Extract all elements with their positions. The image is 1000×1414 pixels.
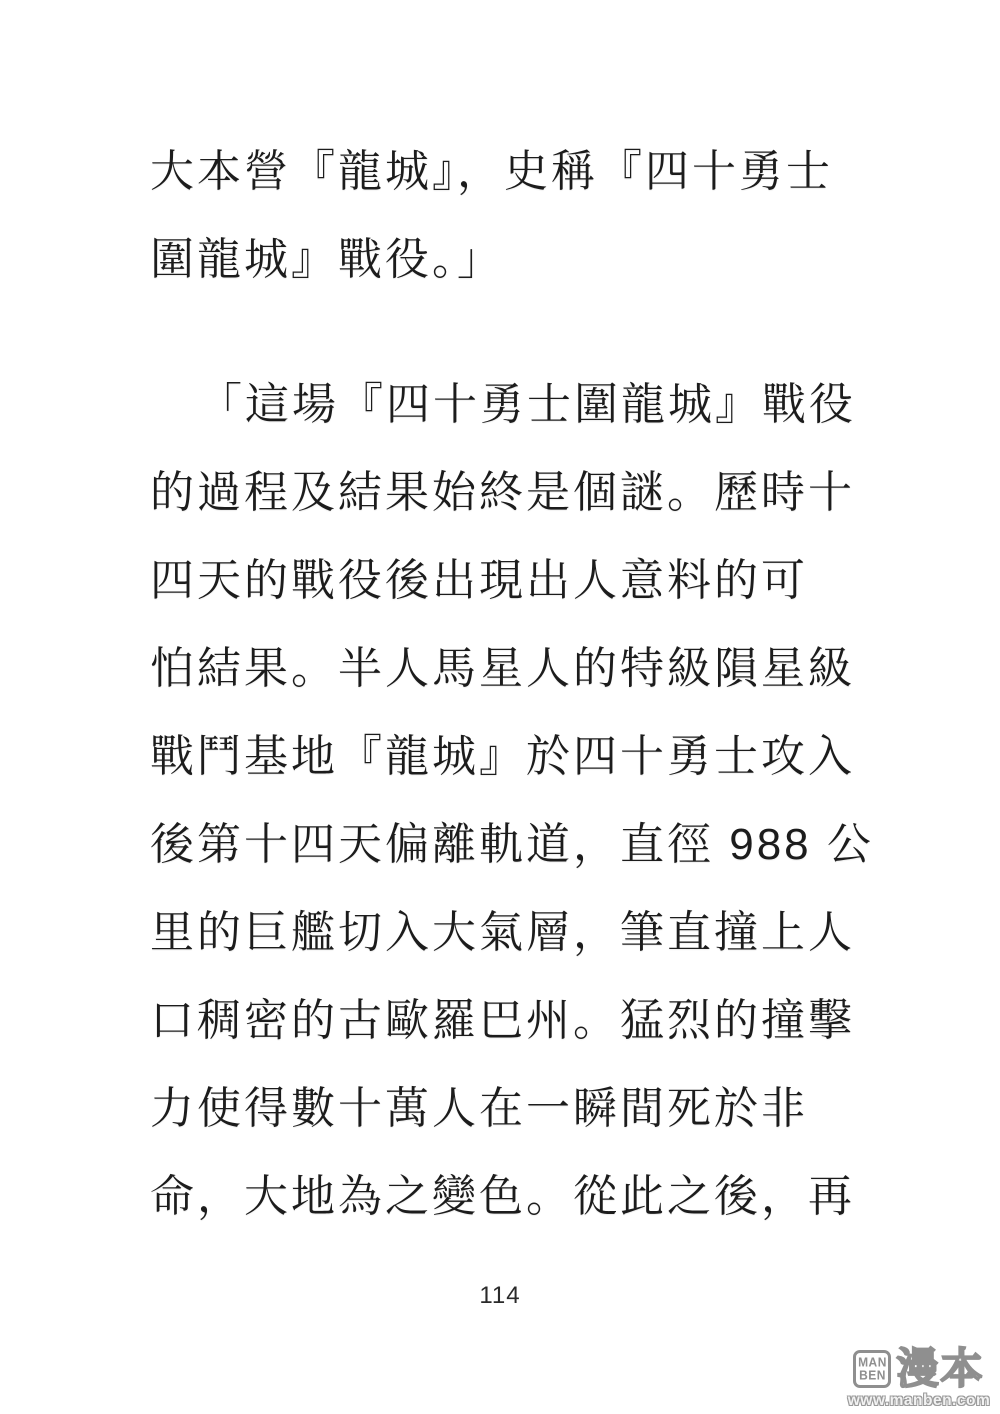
text-line: 戰鬥基地『龍城』於四十勇士攻入 [150,713,860,801]
text-line: 「這場『四十勇士圍龍城』戰役 [150,361,860,449]
text-line: 怕結果。半人馬星人的特級隕星級 [150,625,860,713]
text-line: 口稠密的古歐羅巴州。猛烈的撞擊 [150,977,860,1065]
text-line: 後第十四天偏離軌道，直徑 988 公 [150,801,860,889]
paragraph: 大本營『龍城』，史稱『四十勇士 圍龍城』戰役。」 [150,128,860,304]
text-line: 四天的戰役後出現出人意料的可 [150,537,860,625]
text-line: 力使得數十萬人在一瞬間死於非 [150,1065,860,1153]
watermark-logo-row: MAN BEN 漫本 [853,1347,984,1391]
manben-logo-icon: MAN BEN [853,1350,891,1388]
watermark-url: www.manben.com [848,1392,991,1410]
document-page: 大本營『龍城』，史稱『四十勇士 圍龍城』戰役。」 「這場『四十勇士圍龍城』戰役 … [0,0,1000,1414]
text-line: 命，大地為之變色。從此之後，再 [150,1153,860,1241]
body-text: 大本營『龍城』，史稱『四十勇士 圍龍城』戰役。」 「這場『四十勇士圍龍城』戰役 … [150,128,860,1241]
paragraph: 「這場『四十勇士圍龍城』戰役 的過程及結果始終是個謎。歷時十 四天的戰役後出現出… [150,361,860,1241]
manben-watermark-logo: MAN BEN 漫本 www.manben.com [844,1334,994,1412]
text-line: 圍龍城』戰役。」 [150,216,860,304]
watermark-brand-name: 漫本 [896,1347,984,1391]
logo-box-text-bottom: BEN [859,1368,886,1382]
text-line: 的過程及結果始終是個謎。歷時十 [150,449,860,537]
paragraph-gap [150,304,860,361]
page-number: 114 [0,1282,1000,1310]
text-line: 里的巨艦切入大氣層，筆直撞上人 [150,889,860,977]
text-line: 大本營『龍城』，史稱『四十勇士 [150,128,860,216]
